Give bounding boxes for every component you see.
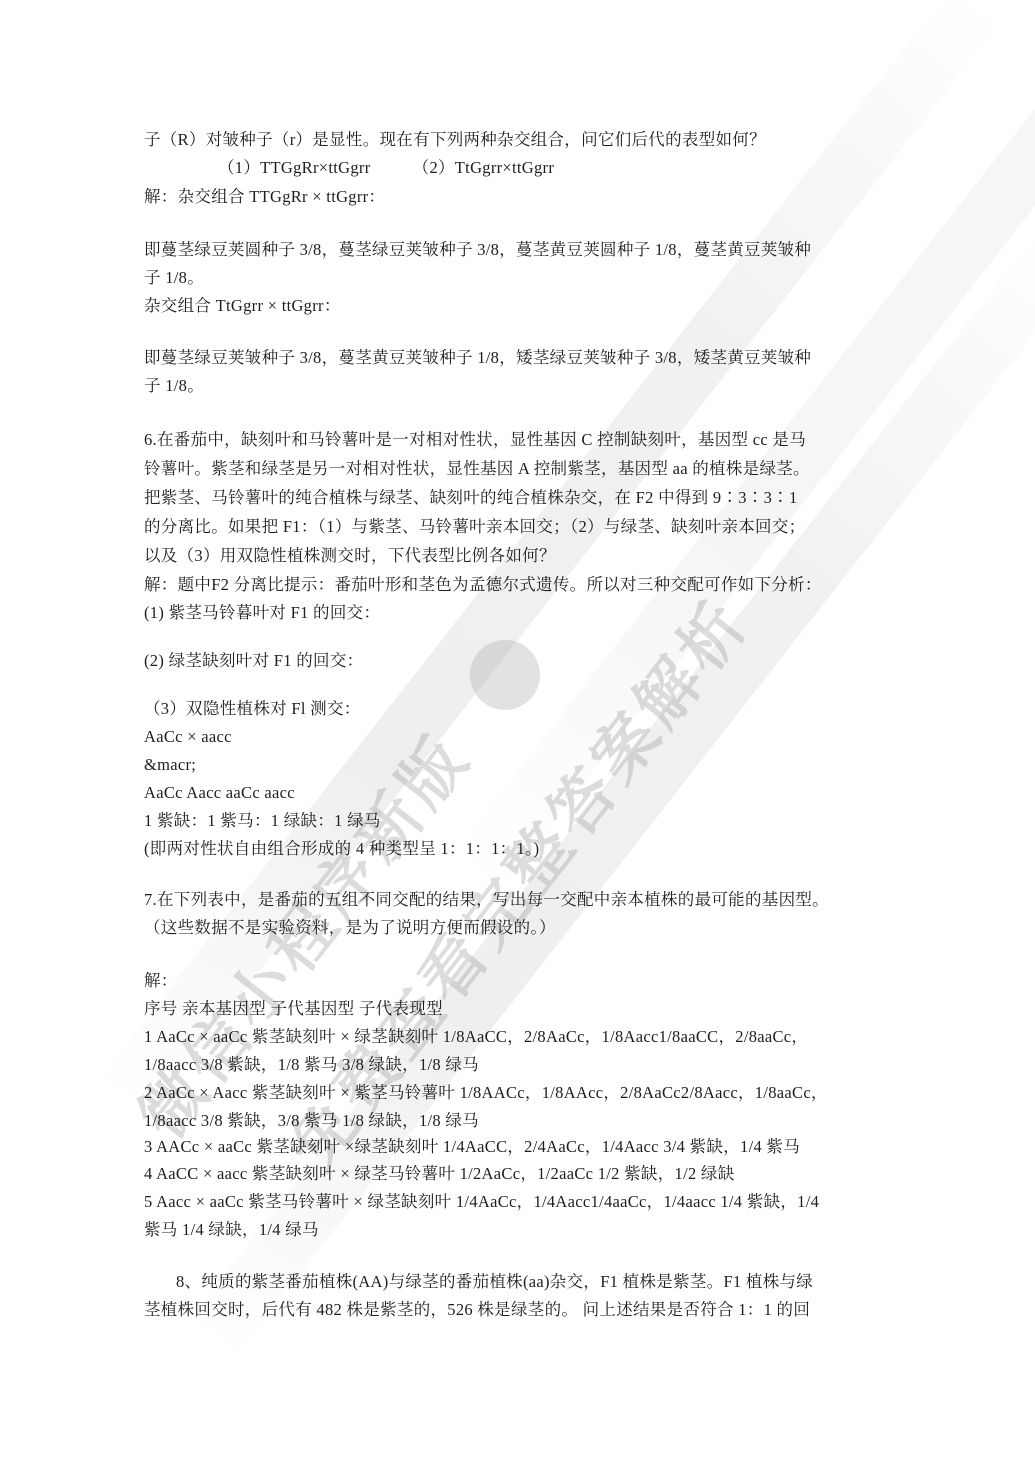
table-row: 1/8aacc 3/8 紫缺，1/8 紫马 3/8 绿缺，1/8 绿马 <box>144 1054 479 1076</box>
question-7-text: 7.在下列表中，是番茄的五组不同交配的结果，写出每一交配中亲本植株的最可能的基因… <box>144 889 829 911</box>
text-line: 杂交组合 TtGgrr × ttGgrr： <box>144 295 341 317</box>
table-row: 紫马 1/4 绿缺，1/4 绿马 <box>144 1219 319 1241</box>
text-line: 子（R）对皱种子（r）是显性。现在有下列两种杂交组合，问它们后代的表型如何？ <box>144 129 766 151</box>
text-line: 子 1/8。 <box>144 375 204 397</box>
text-line: （这些数据不是实验资料，是为了说明方便而假设的。） <box>144 917 556 939</box>
text-line: AaCc Aacc aaCc aacc <box>144 782 295 804</box>
text-line: (即两对性状自由组合形成的 4 种类型呈 1：1：1：1。) <box>144 838 539 860</box>
text-line: 1 紫缺：1 紫马：1 绿缺：1 绿马 <box>144 810 381 832</box>
cross-options: （1）TTGgRr×ttGgrr （2）TtGgrr×ttGgrr <box>218 157 554 179</box>
text-line: 铃薯叶。紫茎和绿茎是另一对相对性状，显性基因 A 控制紫茎，基因型 aa 的植株… <box>144 458 810 480</box>
question-6-text: 6.在番茄中，缺刻叶和马铃薯叶是一对相对性状，显性基因 C 控制缺刻叶，基因型 … <box>144 429 806 451</box>
answer-7-label: 解： <box>144 970 178 992</box>
table-row: 4 AaCC × aacc 紫茎缺刻叶 × 绿茎马铃薯叶 1/2AaCc，1/2… <box>144 1163 735 1185</box>
table-row: 5 Aacc × aaCc 紫茎马铃薯叶 × 绿茎缺刻叶 1/4AaCc，1/4… <box>144 1191 819 1213</box>
watermark-band <box>185 220 1035 1360</box>
text-line: 子 1/8。 <box>144 267 204 289</box>
text-line: 即蔓茎绿豆荚圆种子 3/8，蔓茎绿豆荚皱种子 3/8，蔓茎黄豆荚圆种子 1/8，… <box>144 239 811 261</box>
table-row: 1 AaCc × aaCc 紫茎缺刻叶 × 绿茎缺刻叶 1/8AaCC，2/8A… <box>144 1026 808 1048</box>
text-line: 以及（3）用双隐性植株测交时，下代表型比例各如何？ <box>144 545 556 567</box>
text-line: 解：杂交组合 TTGgRr × ttGgrr： <box>144 186 385 208</box>
document-page: 微信小程序新版 免费查看完整答案解析 子（R）对皱种子（r）是显性。现在有下列两… <box>0 0 1035 1464</box>
table-header: 序号 亲本基因型 子代基因型 子代表现型 <box>144 998 443 1020</box>
text-line: (1) 紫茎马铃暮叶对 F1 的回交： <box>144 602 380 624</box>
text-line: 即蔓茎绿豆荚皱种子 3/8，蔓茎黄豆荚皱种子 1/8，矮茎绿豆荚皱种子 3/8，… <box>144 347 811 369</box>
table-row: 1/8aacc 3/8 紫缺，3/8 紫马 1/8 绿缺，1/8 绿马 <box>144 1110 479 1132</box>
question-8-text: 8、纯质的紫茎番茄植株(AA)与绿茎的番茄植株(aa)杂交，F1 植株是紫茎。F… <box>176 1271 813 1293</box>
table-row: 3 AACc × aaCc 紫茎缺刻叶 ×绿茎缺刻叶 1/4AaCC，2/4Aa… <box>144 1136 800 1158</box>
text-line: (2) 绿茎缺刻叶对 F1 的回交： <box>144 650 363 672</box>
text-line: 茎植株回交时，后代有 482 株是紫茎的，526 株是绿茎的。 问上述结果是否符… <box>144 1299 810 1321</box>
text-line: &macr; <box>144 754 196 776</box>
text-line: （3）双隐性植株对 Fl 测交： <box>144 698 361 720</box>
text-line: 的分离比。如果把 F1：（1）与紫茎、马铃薯叶亲本回交；（2）与绿茎、缺刻叶亲本… <box>144 516 805 538</box>
watermark-logo-icon <box>470 640 540 710</box>
text-line: 把紫茎、马铃薯叶的纯合植株与绿茎、缺刻叶的纯合植株杂交，在 F2 中得到 9∶3… <box>144 487 798 509</box>
answer-6-text: 解：题中F2 分离比提示：番茄叶形和茎色为孟德尔式遗传。所以对三种交配可作如下分… <box>144 574 822 596</box>
table-row: 2 AaCc × Aacc 紫茎缺刻叶 × 紫茎马铃薯叶 1/8AACc，1/8… <box>144 1082 828 1104</box>
text-line: AaCc × aacc <box>144 726 232 748</box>
